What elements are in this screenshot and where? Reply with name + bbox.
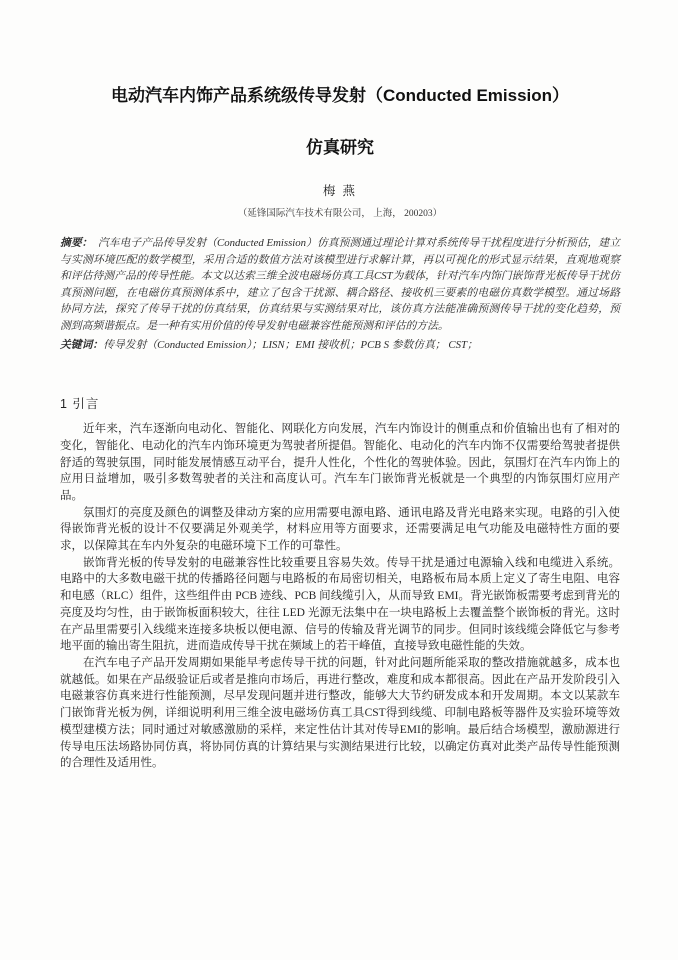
abstract-paragraph: 摘要： 汽车电子产品传导发射（Conducted Emission）仿真预测通过…: [60, 235, 620, 335]
abstract-text: 汽车电子产品传导发射（Conducted Emission）仿真预测通过理论计算…: [60, 237, 620, 332]
abstract-label: 摘要：: [60, 237, 92, 249]
paper-title-line1: 电动汽车内饰产品系统级传导发射（Conducted Emission）: [60, 86, 620, 106]
section-1-paragraph: 嵌饰背光板的传导发射的电磁兼容性比较重要且容易失效。传导干扰是通过电源输入线和电…: [60, 555, 620, 655]
author-affiliation: （延锋国际汽车技术有限公司， 上海， 200203）: [60, 208, 620, 220]
page-content: 电动汽车内饰产品系统级传导发射（Conducted Emission） 仿真研究…: [60, 0, 620, 772]
paper-title-line2: 仿真研究: [60, 138, 620, 158]
section-1-heading: 1 引言: [60, 397, 620, 412]
keywords-line: 关键词：传导发射（Conducted Emission）；LISN；EMI 接收…: [60, 337, 620, 354]
keywords-text: 传导发射（Conducted Emission）；LISN；EMI 接收机；PC…: [103, 339, 478, 351]
section-1-paragraph: 在汽车电子产品开发周期如果能早考虑传导干扰的问题，针对此问题所能采取的整改措施就…: [60, 655, 620, 772]
section-1-paragraph: 近年来，汽车逐渐向电动化、智能化、网联化方向发展，汽车内饰设计的侧重点和价值输出…: [60, 421, 620, 505]
paper-page: 电动汽车内饰产品系统级传导发射（Conducted Emission） 仿真研究…: [0, 0, 678, 960]
author-name: 梅 燕: [60, 184, 620, 198]
keywords-label: 关键词：: [60, 339, 103, 351]
section-1-paragraph: 氛围灯的亮度及颜色的调整及律动方案的应用需要电源电路、通讯电路及背光电路来实现。…: [60, 505, 620, 555]
